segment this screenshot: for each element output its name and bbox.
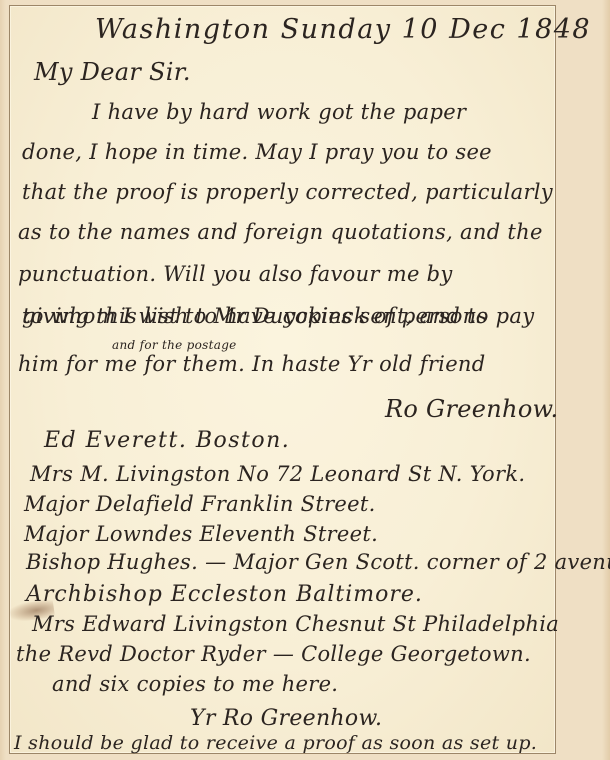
postscript: I should be glad to receive a proof as s… xyxy=(14,732,537,754)
interlinear-insert: and for the postage xyxy=(112,338,237,352)
address-entry: Bishop Hughes. — Major Gen Scott. corner… xyxy=(26,550,610,574)
address-entry: Ed Everett. Boston. xyxy=(44,428,290,453)
body-line: him for me for them. In haste Yr old fri… xyxy=(18,352,486,376)
address-entry: Mrs Edward Livingston Chesnut St Philade… xyxy=(32,612,559,636)
dateline: Washington Sunday 10 Dec 1848 xyxy=(95,14,591,45)
address-entry: Mrs M. Livingston No 72 Leonard St N. Yo… xyxy=(30,462,525,486)
body-line: I have by hard work got the paper xyxy=(92,100,466,124)
body-line: as to the names and foreign quotations, … xyxy=(18,220,543,244)
salutation: My Dear Sir. xyxy=(34,58,191,86)
body-line: punctuation. Will you also favour me by xyxy=(18,262,453,286)
address-entry: Archbishop Eccleston Baltimore. xyxy=(26,582,423,607)
signature: Ro Greenhow. xyxy=(385,395,559,423)
body-line: done, I hope in time. May I pray you to … xyxy=(22,140,492,164)
closing-signature: Yr Ro Greenhow. xyxy=(190,706,382,731)
body-line: that the proof is properly corrected, pa… xyxy=(22,180,553,204)
address-entry: Major Delafield Franklin Street. xyxy=(24,492,376,516)
address-entry: and six copies to me here. xyxy=(52,672,338,696)
address-entry: the Revd Doctor Ryder — College Georgeto… xyxy=(16,642,531,666)
address-entry: Major Lowndes Eleventh Street. xyxy=(24,522,378,546)
body-line: to whom I wish to have copies sent, and … xyxy=(22,304,534,328)
